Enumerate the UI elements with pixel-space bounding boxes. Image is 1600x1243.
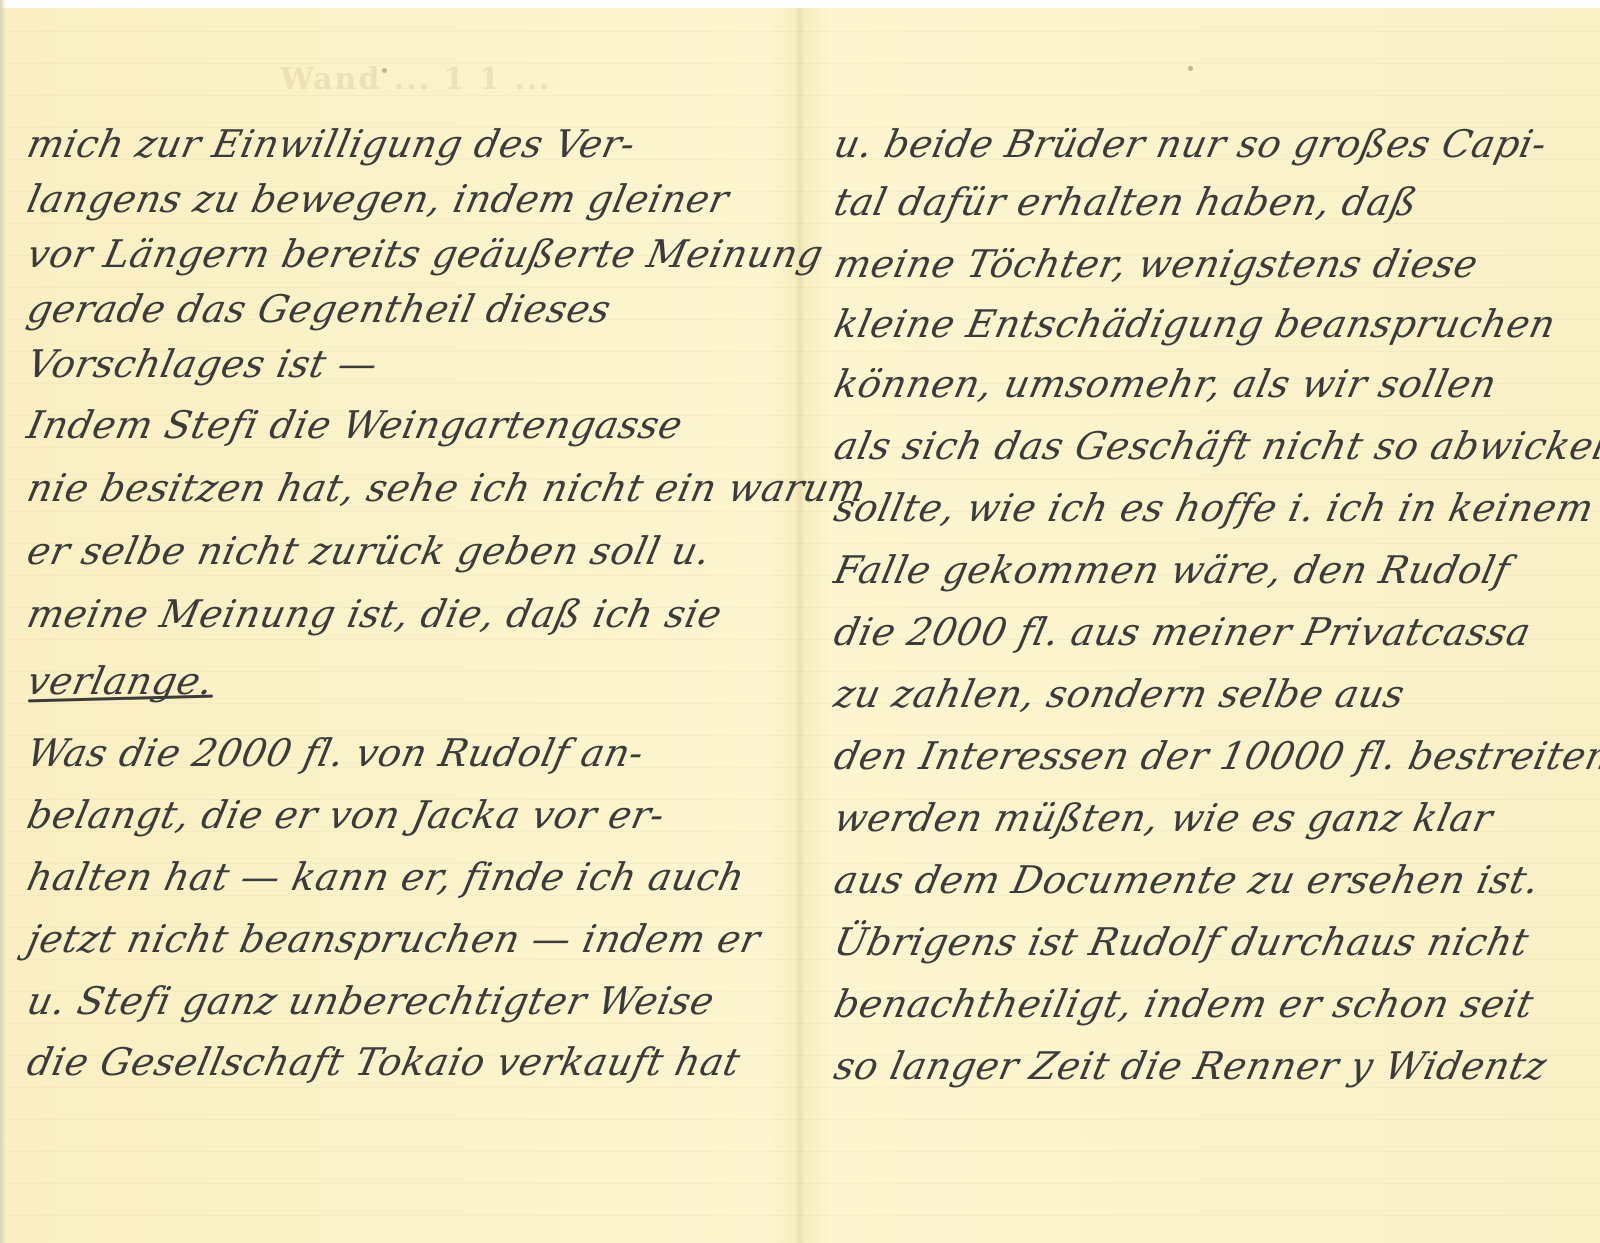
handwritten-line: Was die 2000 fl. von Rudolf an- [23,731,648,775]
handwritten-line: aus dem Documente zu ersehen ist. [830,858,1543,902]
handwritten-line: Vorschlages ist — [23,342,381,386]
handwritten-line: belangt, die er von Jacka vor er- [23,793,668,837]
letter-scan: Wand ... 1 1 ... mich zur Einwilligung d… [0,0,1600,1243]
scan-top-border [0,0,1600,8]
faint-show-through-heading: Wand ... 1 1 ... [280,62,552,97]
handwritten-line: langens zu bewegen, indem gleiner [23,177,733,221]
handwritten-line: als sich das Geschäft nicht so abwickeln [830,424,1600,468]
handwritten-line: meine Meinung ist, die, daß ich sie [23,592,726,636]
handwritten-line: vor Längern bereits geäußerte Meinung [23,232,827,276]
paper-speck [382,68,387,73]
handwritten-line: kleine Entschädigung beanspruchen [830,302,1559,346]
paper-speck [1188,66,1193,71]
handwritten-line: er selbe nicht zurück geben soll u. [23,529,714,573]
handwritten-line: den Interessen der 10000 fl. bestreiten [830,734,1600,778]
handwritten-line: Indem Stefi die Weingartengasse [23,403,686,447]
handwritten-line: so langer Zeit die Renner y Widentz [830,1044,1551,1088]
handwritten-line: halten hat — kann er, finde ich auch [23,855,748,899]
handwritten-line: Übrigens ist Rudolf durchaus nicht [830,920,1533,964]
handwritten-line: Falle gekommen wäre, den Rudolf [830,548,1514,592]
handwritten-line: u. Stefi ganz unberechtigter Weise [23,979,718,1023]
handwritten-line: zu zahlen, sondern selbe aus [830,672,1408,716]
handwritten-line: mich zur Einwilligung des Ver- [23,122,639,166]
handwritten-line: sollte, wie ich es hoffe i. ich in keine… [830,486,1597,530]
handwritten-line: werden müßten, wie es ganz klar [830,796,1497,840]
page-fold [795,8,805,1243]
handwritten-line: jetzt nicht beanspruchen — indem er [23,917,764,961]
handwritten-line: die 2000 fl. aus meiner Privatcassa [830,610,1535,654]
handwritten-line: gerade das Gegentheil dieses [23,287,615,331]
handwritten-line: nie besitzen hat, sehe ich nicht ein war… [23,466,870,510]
handwritten-line: u. beide Brüder nur so großes Capi- [830,122,1550,166]
handwritten-line: die Gesellschaft Tokaio verkauft hat [23,1040,744,1084]
handwritten-line: meine Töchter, wenigstens diese [830,242,1482,286]
handwritten-line: können, umsomehr, als wir sollen [830,362,1500,406]
scan-left-shadow [0,0,6,1243]
handwritten-line: tal dafür erhalten haben, daß [830,180,1421,224]
handwritten-line: benachtheiligt, indem er schon seit [830,982,1537,1026]
